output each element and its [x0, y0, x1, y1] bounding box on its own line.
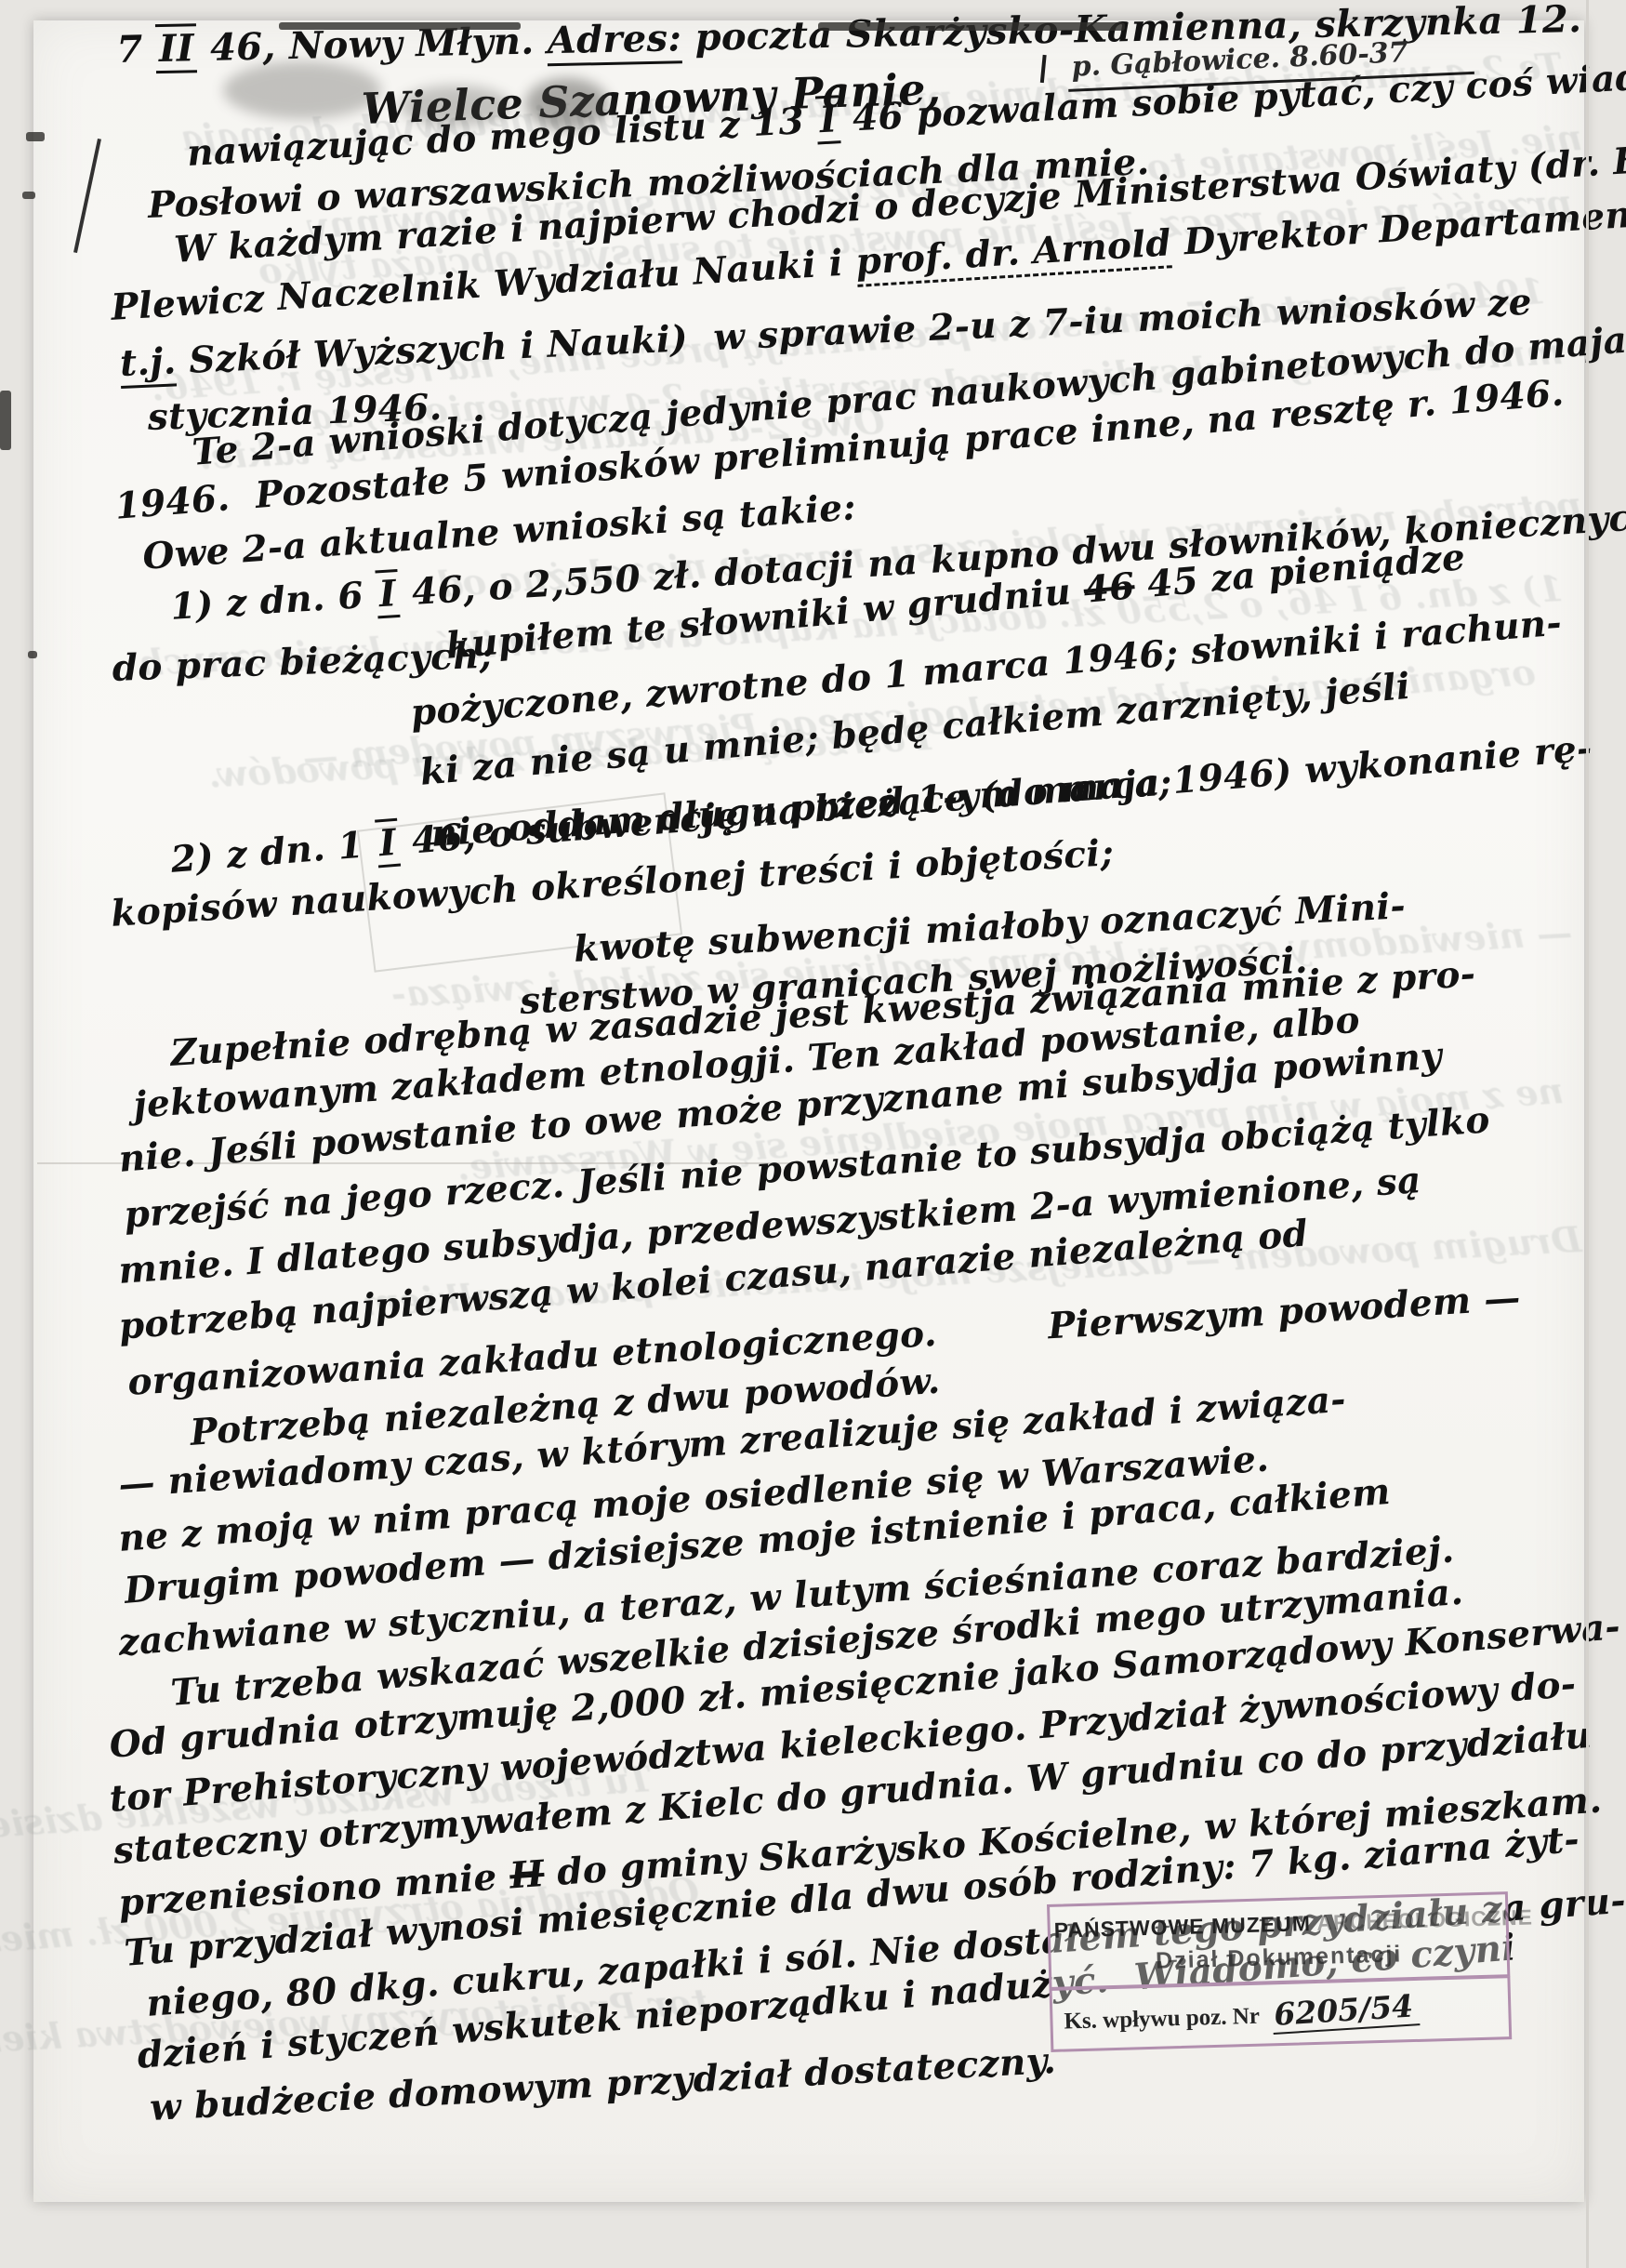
- scan-artifact: [22, 192, 35, 199]
- scan-artifact: [28, 651, 37, 658]
- scanned-letter-page: Te 2-a wnioski dotyczą jedynie prac nauk…: [0, 0, 1626, 2268]
- ink-smudge: [223, 61, 381, 119]
- stamp-title: PAŃSTWOWE MUZEUM ARCHEOLOGICZNE: [1053, 1905, 1502, 1943]
- scan-artifact: [818, 22, 1125, 31]
- paper-edge-line: [1586, 0, 1589, 2268]
- stamp-department: Dział Dokumentacji: [1054, 1938, 1503, 1977]
- scan-artifact: [0, 391, 11, 450]
- stamp-title-main: PAŃSTWOWE MUZEUM: [1053, 1911, 1316, 1943]
- scan-artifact: [26, 132, 45, 141]
- ink-smudge: [525, 78, 609, 130]
- stamp-lower-box: Ks. wpływu poz. Nr 6205/54: [1050, 1976, 1513, 2052]
- museum-stamp: PAŃSTWOWE MUZEUM ARCHEOLOGICZNE Dział Do…: [1047, 1891, 1512, 2052]
- ink-smudge: [400, 86, 511, 126]
- stamp-title-faded: ARCHEOLOGICZNE: [1316, 1904, 1533, 1934]
- letter-line: do prac bieżących;: [112, 634, 494, 690]
- stamp-entry-label: Ks. wpływu poz. Nr: [1064, 2004, 1260, 2036]
- scan-artifact: [279, 22, 521, 30]
- stamp-entry-number: 6205/54: [1272, 1987, 1421, 2035]
- stamp-upper-box: PAŃSTWOWE MUZEUM ARCHEOLOGICZNE Dział Do…: [1047, 1891, 1510, 1990]
